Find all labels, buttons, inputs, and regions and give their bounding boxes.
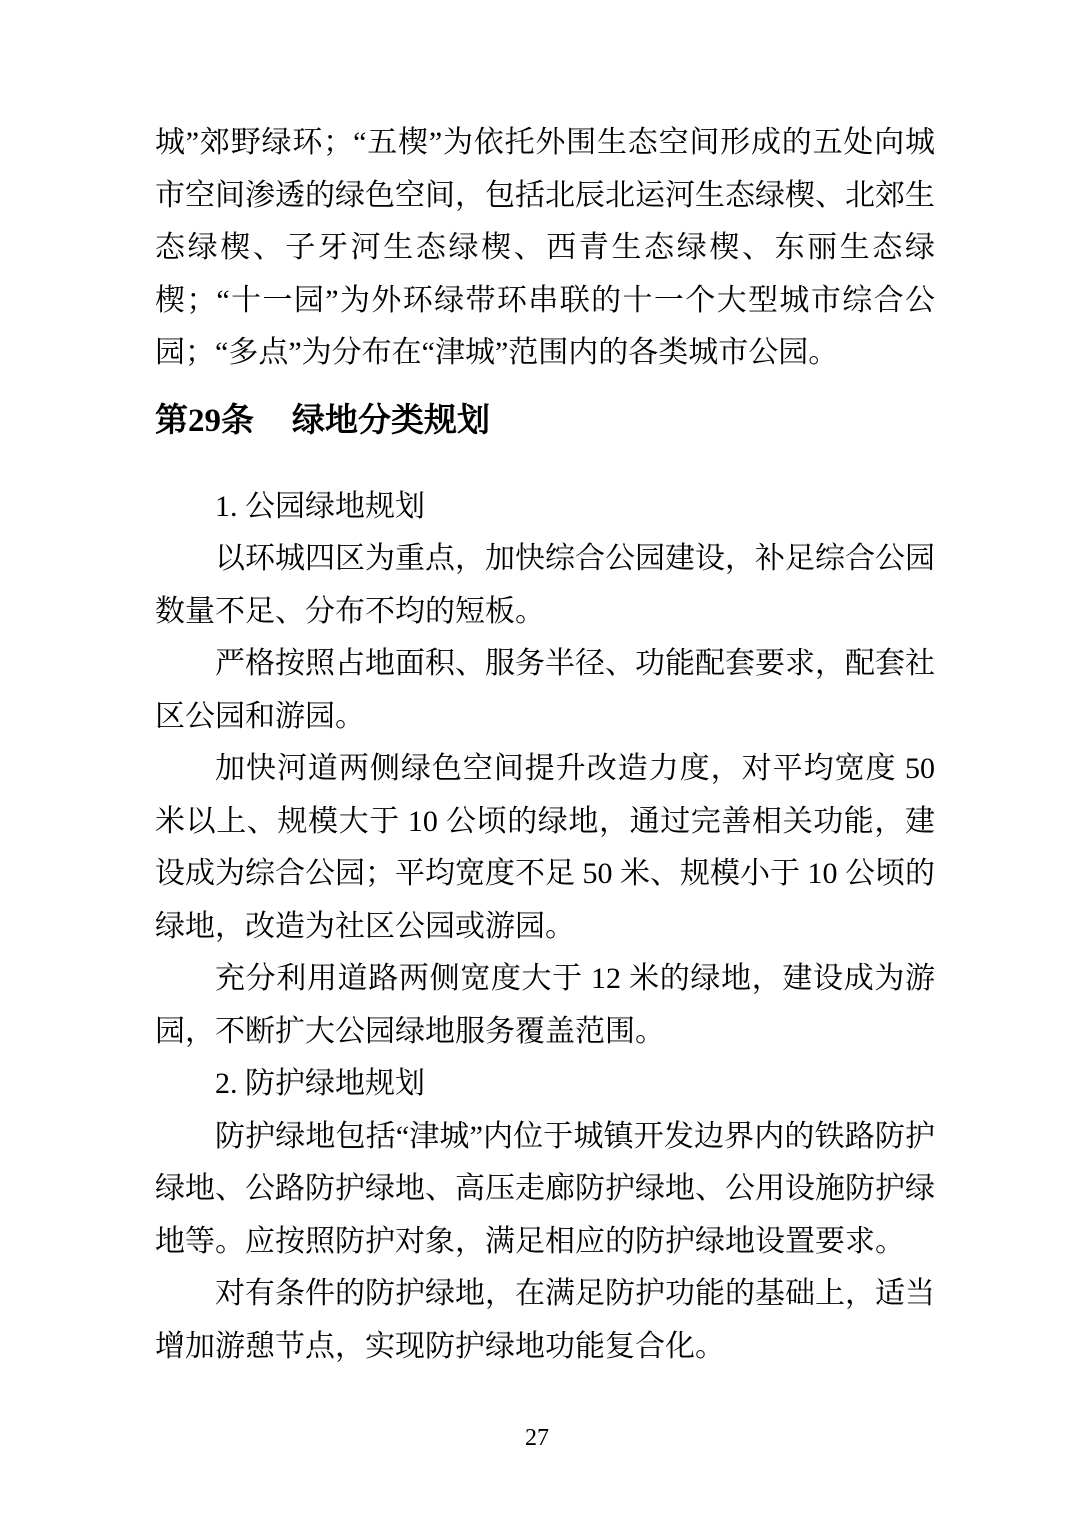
list-item-1: 1. 公园绿地规划 [155, 481, 935, 534]
article-heading: 第29条绿地分类规划 [155, 395, 935, 448]
continued-paragraph: 城”郊野绿环；“五楔”为依托外围生态空间形成的五处向城市空间渗透的绿色空间，包括… [155, 117, 935, 380]
paragraph: 充分利用道路两侧宽度大于 12 米的绿地，建设成为游园，不断扩大公园绿地服务覆盖… [155, 953, 935, 1058]
paragraph: 对有条件的防护绿地，在满足防护功能的基础上，适当增加游憩节点，实现防护绿地功能复… [155, 1268, 935, 1373]
article-title: 绿地分类规划 [292, 403, 490, 439]
paragraph: 防护绿地包括“津城”内位于城镇开发边界内的铁路防护绿地、公路防护绿地、高压走廊防… [155, 1111, 935, 1269]
paragraph: 严格按照占地面积、服务半径、功能配套要求，配套社区公园和游园。 [155, 638, 935, 743]
paragraph: 加快河道两侧绿色空间提升改造力度，对平均宽度 50 米以上、规模大于 10 公顷… [155, 743, 935, 953]
page-number: 27 [0, 1424, 1074, 1452]
page-body: 城”郊野绿环；“五楔”为依托外围生态空间形成的五处向城市空间渗透的绿色空间，包括… [155, 117, 935, 1373]
article-number: 第29条 [155, 403, 254, 439]
document-page: 城”郊野绿环；“五楔”为依托外围生态空间形成的五处向城市空间渗透的绿色空间，包括… [0, 0, 1074, 1520]
list-item-2: 2. 防护绿地规划 [155, 1058, 935, 1111]
paragraph: 以环城四区为重点，加快综合公园建设，补足综合公园数量不足、分布不均的短板。 [155, 533, 935, 638]
